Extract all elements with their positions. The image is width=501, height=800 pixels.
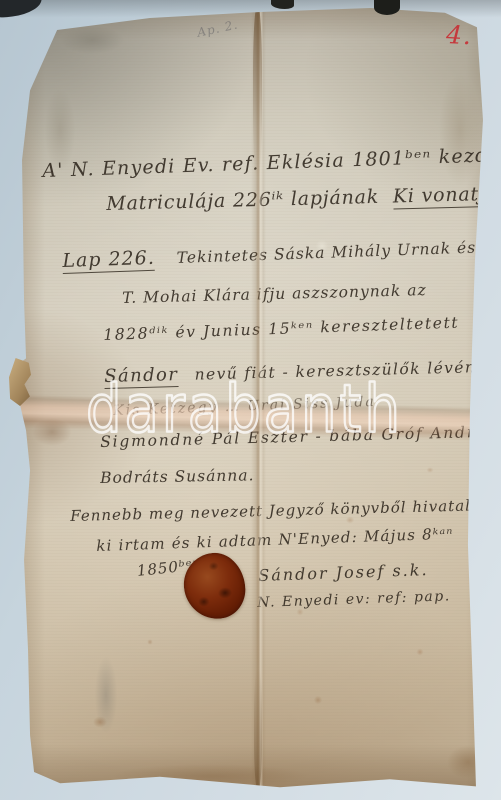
photo-of-manuscript: Ap. 2. 4. A' N. Enyedi Ev. ref. Eklésia …	[0, 0, 501, 800]
heading-line-2-underlined: Ki vonatja.	[393, 183, 501, 210]
manuscript-page: Ap. 2. 4. A' N. Enyedi Ev. ref. Eklésia …	[0, 0, 501, 800]
pencil-note: Ap. 2.	[196, 17, 239, 39]
body-line-2: T. Mohai Klára ifju aszszonynak az	[122, 281, 427, 307]
signature-title: N. Enyedi ev: ref: pap.	[257, 588, 451, 611]
paper-edge-notch	[374, 0, 400, 15]
fold-top-gap	[271, 0, 294, 9]
body-line-4-text: nevű fiát - keresztszülők lévén	[194, 358, 476, 383]
heading-line-1: A' N. Enyedi Ev. ref. Eklésia 1801ᵇᵉⁿ ke…	[42, 142, 501, 182]
body-line-6: Sigmondné Pál Eszter - bába Gróf Andrásn…	[100, 422, 501, 451]
backdrop-dark-corner	[0, 0, 43, 19]
page-number-red: 4.	[445, 20, 472, 50]
child-name-underlined: Sándor	[104, 364, 179, 389]
heading-line-2: Matriculája 226ⁱᵏ lapjának Ki vonatja.	[106, 183, 501, 215]
signature: Sándor Josef s.k.	[258, 560, 429, 585]
body-line-3: 1828ᵈⁱᵏ év Junius 15ᵏᵉⁿ kereszteltetett	[103, 314, 459, 344]
body-line-1-text: Tekintetes Sáska Mihály Urnak és	[176, 239, 476, 267]
body-line-5-obscured: Kis Ketzegy … Urai Siss Juda	[113, 394, 376, 419]
lap-reference: Lap 226.	[62, 247, 155, 274]
heading-line-2-start: Matriculája 226ⁱᵏ lapjának	[106, 186, 379, 215]
closing-line-2: ki irtam és ki adtam N'Enyed: Május 8ᵏᵃⁿ	[96, 525, 454, 555]
body-line-4: Sándor nevű fiát - keresztszülők lévén	[104, 356, 477, 387]
closing-line-1: Fennebb meg nevezett Jegyző könyvből hiv…	[70, 495, 501, 525]
body-line-7: Bodráts Susánna.	[100, 466, 255, 487]
body-line-1: Lap 226. Tekintetes Sáska Mihály Urnak é…	[62, 236, 476, 272]
